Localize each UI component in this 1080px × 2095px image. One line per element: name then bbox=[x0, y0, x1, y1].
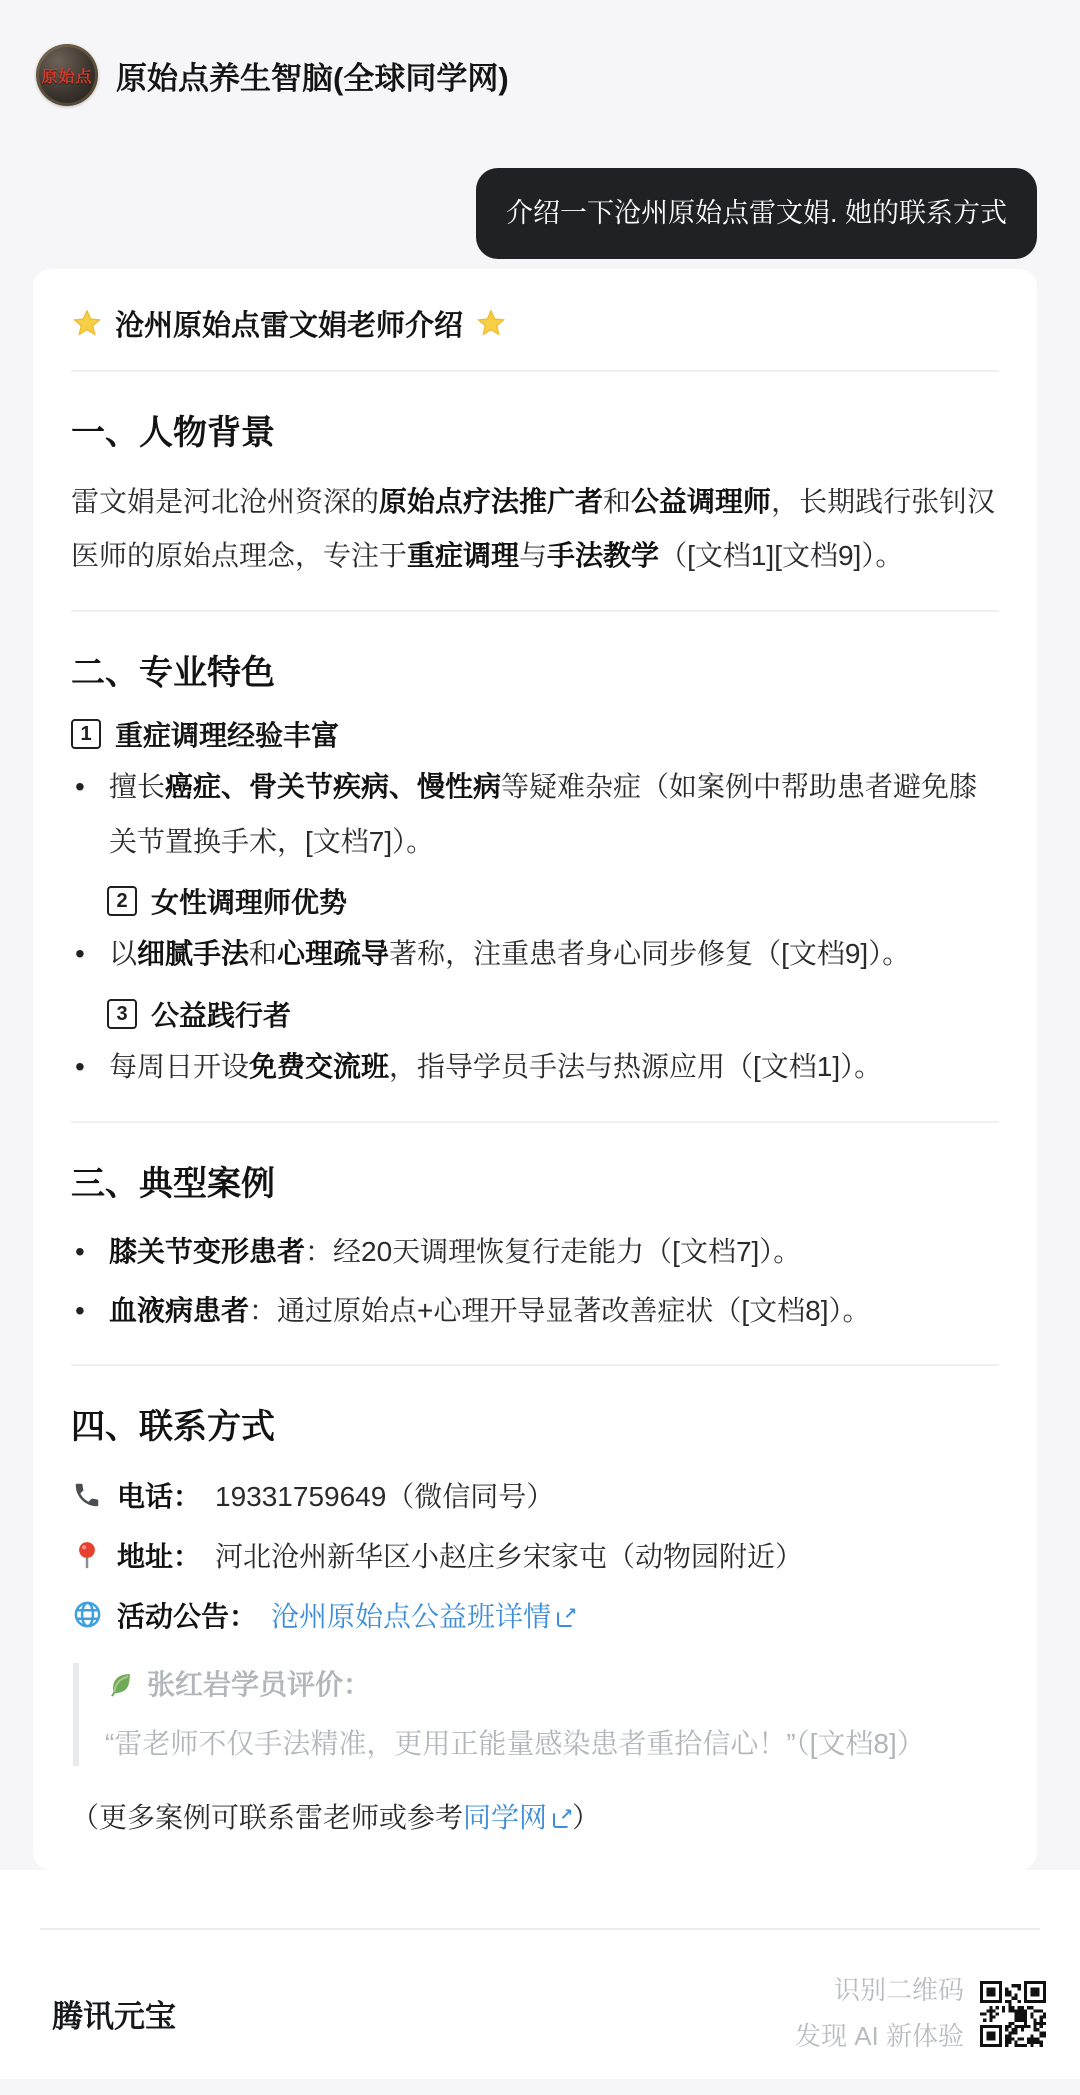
bullet-dot bbox=[75, 927, 93, 982]
section-divider bbox=[71, 610, 999, 612]
external-link-icon bbox=[556, 1608, 576, 1628]
quote-title-text: 张红岩学员评价： bbox=[147, 1663, 371, 1708]
notice-link[interactable]: 沧州原始点公益班详情 bbox=[271, 1595, 576, 1635]
qr-area: 识别二维码 发现 AI 新体验 bbox=[795, 1968, 1046, 2059]
bullet-dot bbox=[75, 1040, 93, 1095]
boxed-number-3-icon: 3 bbox=[107, 999, 137, 1029]
background-paragraph: 雷文娟是河北沧州资深的原始点疗法推广者和公益调理师，长期践行张钊汉医师的原始点理… bbox=[71, 475, 999, 584]
leaf-icon bbox=[105, 1670, 135, 1700]
assistant-answer-card: 沧州原始点雷文娟老师介绍 一、人物背景 雷文娟是河北沧州资深的原始点疗法推广者和… bbox=[33, 269, 1037, 1870]
map-pin-icon bbox=[71, 1540, 103, 1570]
address-label: 地址： bbox=[117, 1535, 201, 1575]
section-heading-background: 一、人物背景 bbox=[71, 412, 999, 455]
qr-hint-line2: 发现 AI 新体验 bbox=[795, 2014, 964, 2060]
phone-label: 电话： bbox=[117, 1475, 201, 1515]
feature-title-3: 3 公益践行者 bbox=[107, 994, 999, 1034]
globe-icon bbox=[71, 1599, 103, 1630]
avatar-label: 原始点 bbox=[41, 64, 92, 87]
app-title: 原始点养生智脑(全球同学网) bbox=[116, 53, 509, 98]
phone-value: 19331759649（微信同号） bbox=[215, 1475, 554, 1515]
section-heading-features: 二、专业特色 bbox=[71, 652, 999, 695]
share-footer: 腾讯元宝 识别二维码 发现 AI 新体验 bbox=[0, 1870, 1080, 2079]
feature-bullet-3: 每周日开设免费交流班，指导学员手法与热源应用（[文档1]）。 bbox=[75, 1040, 999, 1095]
qr-hint-line1: 识别二维码 bbox=[795, 1968, 964, 2014]
address-value: 河北沧州新华区小赵庄乡宋家屯（动物园附近） bbox=[215, 1535, 803, 1575]
contact-notice-row: 活动公告： 沧州原始点公益班详情 bbox=[71, 1589, 999, 1641]
app-header: 原始点 原始点养生智脑(全球同学网) bbox=[0, 0, 1080, 106]
feature-title-2: 2 女性调理师优势 bbox=[107, 881, 999, 921]
contact-phone-row: 电话： 19331759649（微信同号） bbox=[71, 1469, 999, 1521]
answer-headline: 沧州原始点雷文娟老师介绍 bbox=[71, 303, 999, 344]
footer-divider bbox=[40, 1928, 1040, 1930]
quote-body-text: “雷老师不仅手法精准，更用正能量感染患者重拾信心！”（[文档8]） bbox=[105, 1722, 999, 1767]
student-quote-block: 张红岩学员评价： “雷老师不仅手法精准，更用正能量感染患者重拾信心！”（[文档8… bbox=[73, 1663, 999, 1767]
section-divider bbox=[71, 1121, 999, 1123]
section-divider bbox=[71, 370, 999, 372]
bullet-dot bbox=[75, 760, 93, 869]
star-icon bbox=[475, 308, 507, 340]
answer-title-text: 沧州原始点雷文娟老师介绍 bbox=[115, 303, 463, 344]
section-heading-cases: 三、典型案例 bbox=[71, 1163, 999, 1206]
contact-address-row: 地址： 河北沧州新华区小赵庄乡宋家屯（动物园附近） bbox=[71, 1529, 999, 1581]
phone-icon bbox=[71, 1480, 103, 1510]
answer-outro-line: （更多案例可联系雷老师或参考同学网） bbox=[71, 1796, 999, 1836]
notice-label: 活动公告： bbox=[117, 1595, 257, 1635]
feature-bullet-1: 擅长癌症、骨关节疾病、慢性病等疑难杂症（如案例中帮助患者避免膝关节置换手术，[文… bbox=[75, 760, 999, 869]
footer-row: 腾讯元宝 识别二维码 发现 AI 新体验 bbox=[0, 1872, 1080, 2059]
star-icon bbox=[71, 308, 103, 340]
boxed-number-1-icon: 1 bbox=[71, 719, 101, 749]
section-divider bbox=[71, 1364, 999, 1366]
feature-bullet-2: 以细腻手法和心理疏导著称，注重患者身心同步修复（[文档9]）。 bbox=[75, 927, 999, 982]
case-bullet-1: 膝关节变形患者：经20天调理恢复行走能力（[文档7]）。 bbox=[75, 1225, 999, 1280]
inline-link[interactable]: 同学网 bbox=[463, 1802, 547, 1833]
qr-hint-text: 识别二维码 发现 AI 新体验 bbox=[795, 1968, 964, 2059]
brand-logo-text: 腾讯元宝 bbox=[52, 1991, 176, 2036]
user-message-bubble: 介绍一下沧州原始点雷文娟. 她的联系方式 bbox=[476, 168, 1037, 259]
section-heading-contact: 四、联系方式 bbox=[71, 1406, 999, 1449]
external-link-icon bbox=[552, 1809, 572, 1829]
quote-title-row: 张红岩学员评价： bbox=[105, 1663, 999, 1708]
boxed-number-2-icon: 2 bbox=[107, 886, 137, 916]
user-message-row: 介绍一下沧州原始点雷文娟. 她的联系方式 bbox=[0, 168, 1080, 259]
assistant-avatar: 原始点 bbox=[36, 44, 98, 106]
qr-code bbox=[980, 1981, 1046, 2047]
inline-link[interactable]: 沧州原始点公益班详情 bbox=[271, 1601, 551, 1632]
bullet-dot bbox=[75, 1284, 93, 1339]
case-bullet-2: 血液病患者：通过原始点+心理开导显著改善症状（[文档8]）。 bbox=[75, 1284, 999, 1339]
feature-title-1: 1 重症调理经验丰富 bbox=[71, 714, 999, 754]
bullet-dot bbox=[75, 1225, 93, 1280]
